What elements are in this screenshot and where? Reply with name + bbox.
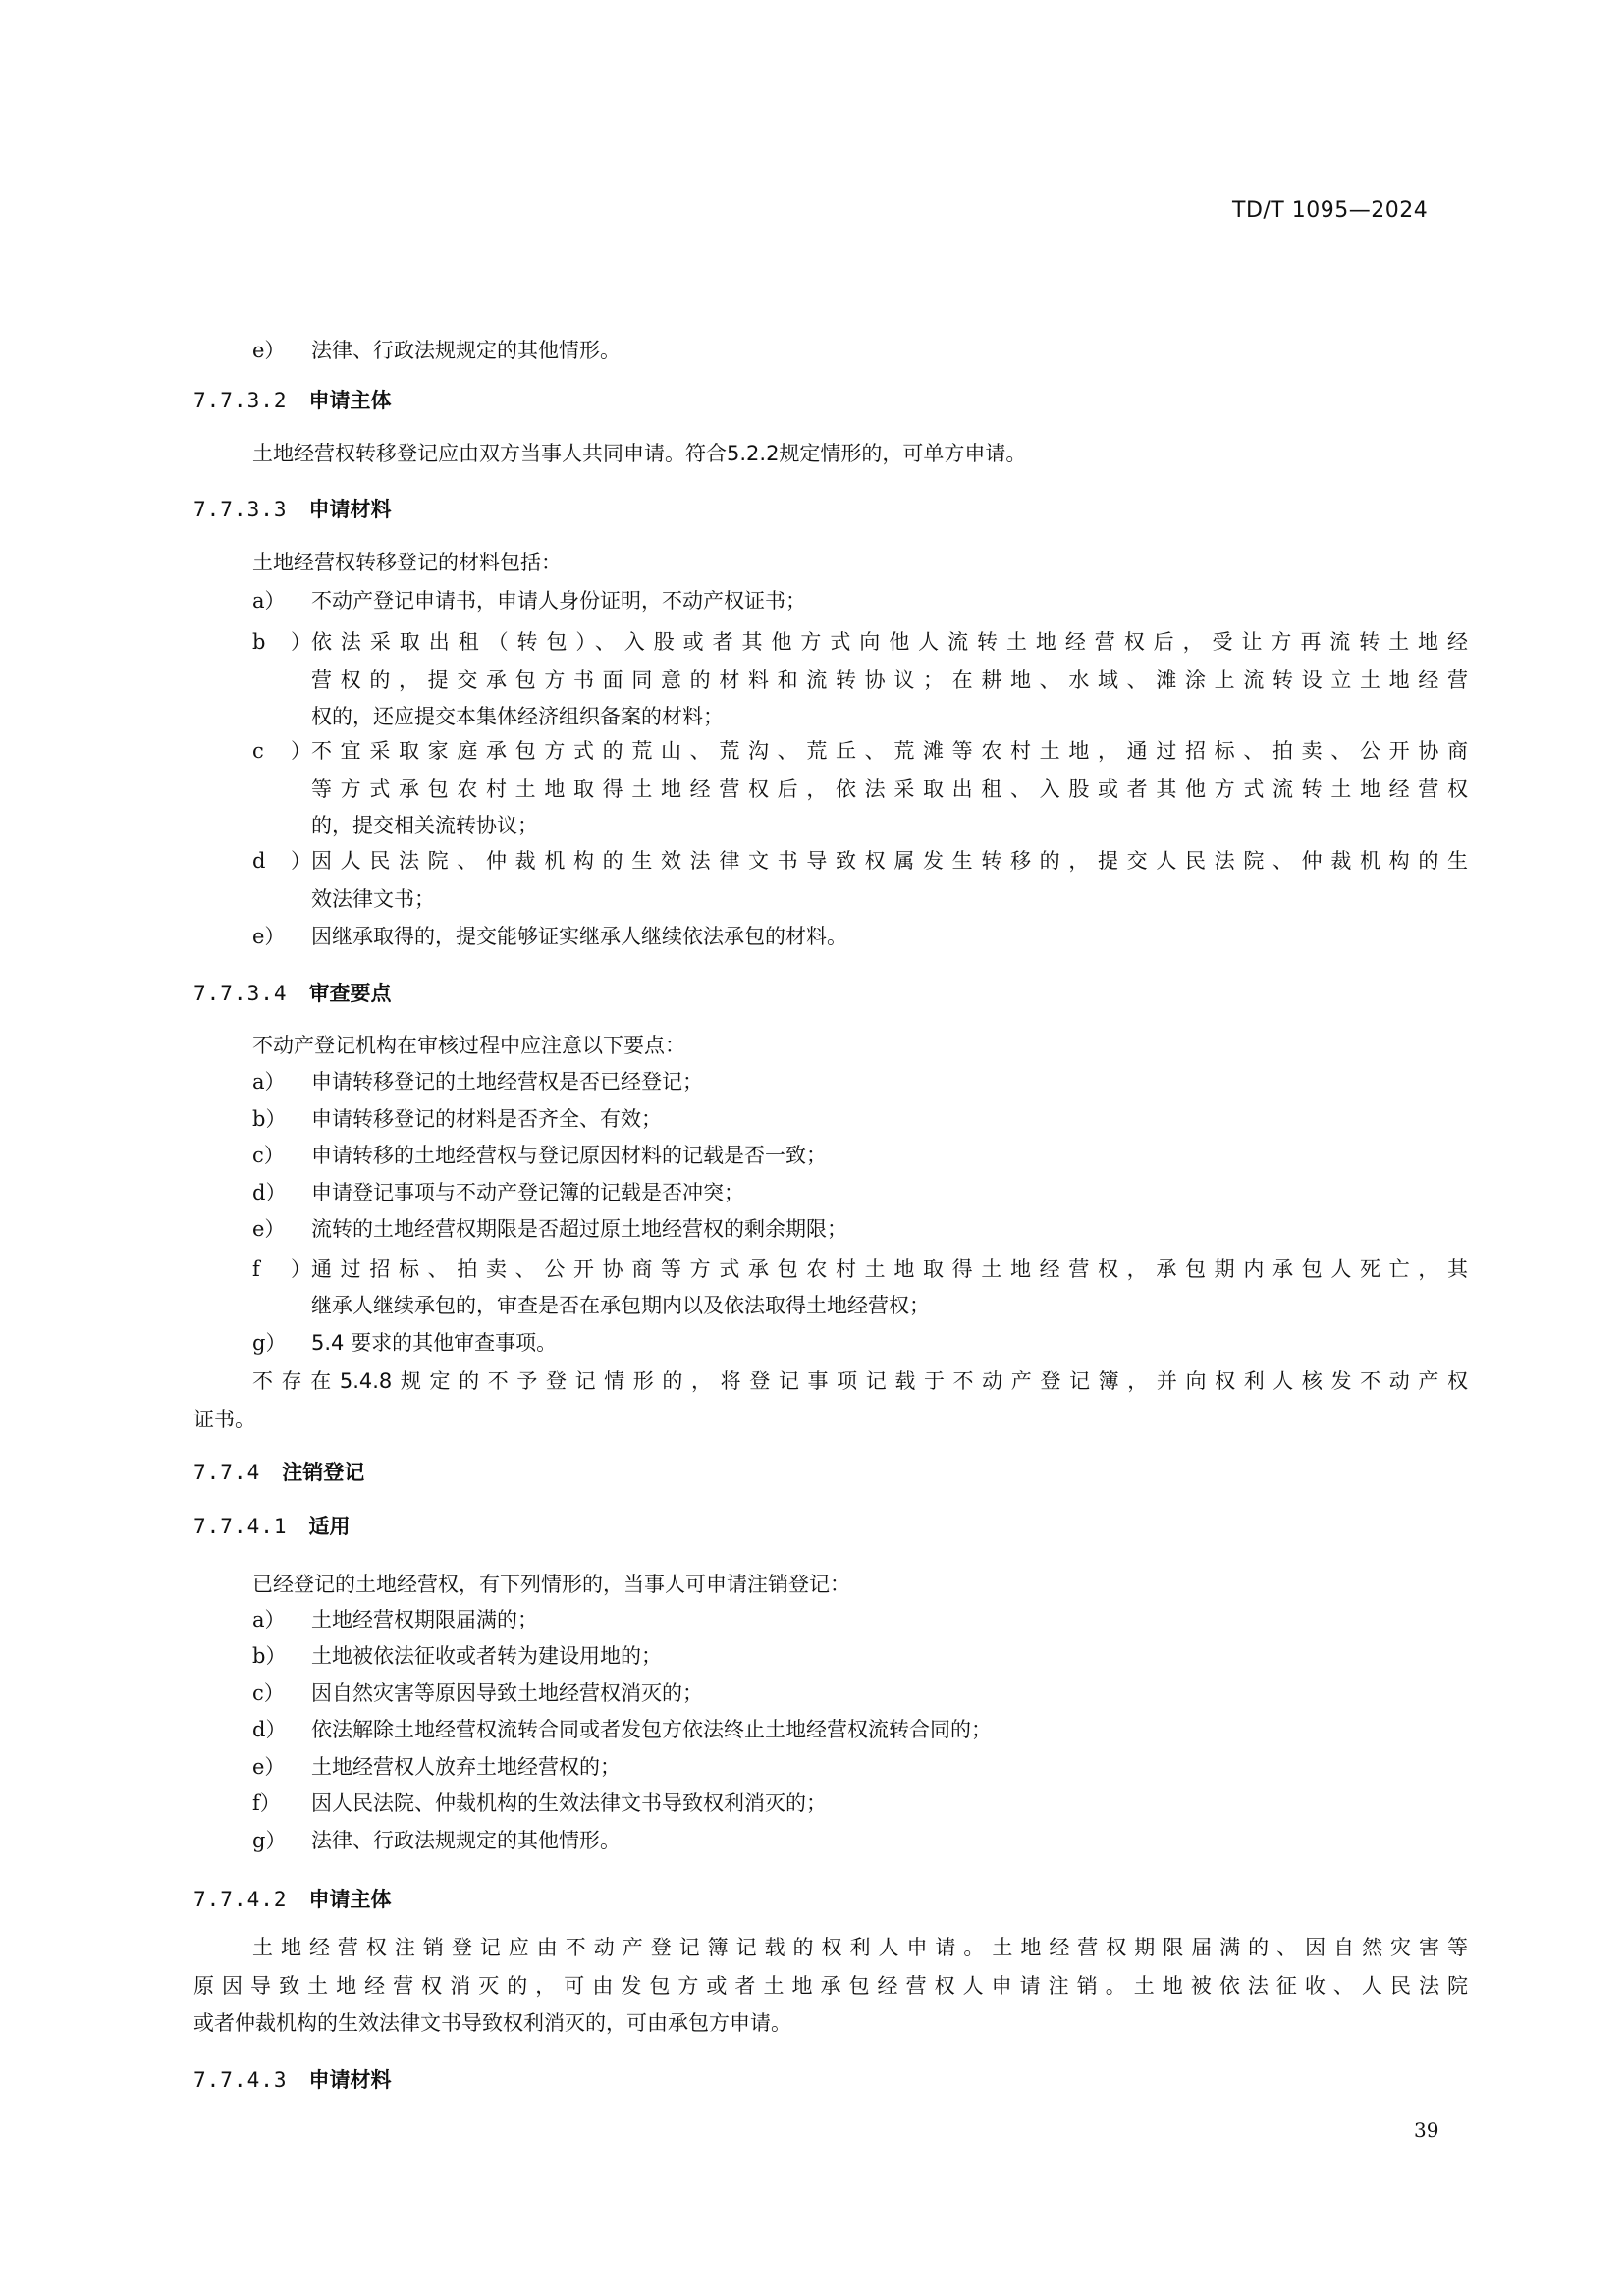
list-text: 依法采取出租（转包）、入股或者其他方式向他人流转土地经营权后，受让方再流转土地经: [311, 627, 1468, 657]
list-text: 申请转移登记的土地经营权是否已经登记；: [311, 1070, 703, 1094]
list-label: e）: [252, 336, 311, 365]
section-title: 审查要点: [309, 982, 392, 1005]
list-text: 申请转移登记的材料是否齐全、有效；: [311, 1107, 662, 1131]
list-item: e）因继承取得的，提交能够证实继承人继续依法承包的材料。: [252, 922, 1468, 951]
list-label: c）: [252, 736, 311, 766]
list-text: 不宜采取家庭承包方式的荒山、荒沟、荒丘、荒滩等农村土地，通过招标、拍卖、公开协商: [311, 736, 1468, 766]
list-text: 依法解除土地经营权流转合同或者发包方依法终止土地经营权流转合同的；: [311, 1718, 992, 1741]
list-item-continuation: 营权的，提交承包方书面同意的材料和流转协议；在耕地、水域、滩涂上流转设立土地经营: [311, 666, 1468, 695]
paragraph: 土地经营权转移登记应由双方当事人共同申请。符合5.2.2规定情形的，可单方申请。: [252, 439, 1468, 468]
list-label: e）: [252, 1752, 311, 1782]
paragraph: 不存在5.4.8规定的不予登记情形的，将登记事项记载于不动产登记簿，并向权利人核…: [252, 1366, 1468, 1396]
list-label: a）: [252, 1605, 311, 1634]
section-heading: 7.7.4.2申请主体: [193, 1885, 392, 1914]
list-text: 5.4 要求的其他审查事项。: [311, 1331, 557, 1355]
list-item-continuation: 继承人继续承包的，审查是否在承包期内以及依法取得土地经营权；: [311, 1291, 1468, 1320]
page-number: 39: [1414, 2118, 1438, 2142]
paragraph-continuation: 或者仲裁机构的生效法律文书导致权利消灭的，可由承包方申请。: [193, 2008, 1468, 2038]
list-text: 土地经营权期限届满的；: [311, 1608, 538, 1631]
list-label: b）: [252, 627, 311, 657]
list-item: e）法律、行政法规规定的其他情形。: [252, 336, 1468, 365]
list-text: 不动产登记申请书，申请人身份证明，不动产权证书；: [311, 589, 806, 613]
list-item: a）土地经营权期限届满的；: [252, 1605, 1468, 1634]
list-label: c）: [252, 1679, 311, 1708]
section-number: 7.7.3.4: [193, 982, 288, 1005]
list-text: 因人民法院、仲裁机构的生效法律文书导致权利消灭的；: [311, 1791, 827, 1815]
section-heading: 7.7.3.4审查要点: [193, 979, 392, 1008]
list-item-continuation: 权的，还应提交本集体经济组织备案的材料；: [311, 702, 1468, 731]
list-item: e）土地经营权人放弃土地经营权的；: [252, 1752, 1468, 1782]
list-text: 流转的土地经营权期限是否超过原土地经营权的剩余期限；: [311, 1217, 847, 1241]
list-item: e）流转的土地经营权期限是否超过原土地经营权的剩余期限；: [252, 1214, 1468, 1244]
list-label: g）: [252, 1328, 311, 1358]
section-title: 申请主体: [309, 389, 392, 412]
list-item: b）土地被依法征收或者转为建设用地的；: [252, 1641, 1468, 1671]
section-number: 7.7.4: [193, 1461, 260, 1484]
list-item: b）依法采取出租（转包）、入股或者其他方式向他人流转土地经营权后，受让方再流转土…: [252, 627, 1468, 657]
list-label: a）: [252, 586, 311, 615]
list-item: a）不动产登记申请书，申请人身份证明，不动产权证书；: [252, 586, 1468, 615]
list-item: g）5.4 要求的其他审查事项。: [252, 1328, 1468, 1358]
list-label: a）: [252, 1067, 311, 1096]
list-label: g）: [252, 1826, 311, 1855]
list-label: b）: [252, 1104, 311, 1134]
list-item: a）申请转移登记的土地经营权是否已经登记；: [252, 1067, 1468, 1096]
list-label: f）: [252, 1789, 311, 1818]
section-title: 申请材料: [309, 498, 392, 521]
list-item-continuation: 效法律文书；: [311, 884, 1468, 914]
list-item: b）申请转移登记的材料是否齐全、有效；: [252, 1104, 1468, 1134]
list-text: 因人民法院、仲裁机构的生效法律文书导致权属发生转移的，提交人民法院、仲裁机构的生: [311, 846, 1468, 876]
section-title: 注销登记: [282, 1461, 364, 1484]
section-heading: 7.7.3.3申请材料: [193, 495, 392, 524]
list-text: 土地被依法征收或者转为建设用地的；: [311, 1644, 662, 1668]
section-title: 申请主体: [309, 1888, 392, 1911]
section-number: 7.7.3.2: [193, 389, 288, 412]
list-item: c）因自然灾害等原因导致土地经营权消灭的；: [252, 1679, 1468, 1708]
section-number: 7.7.4.2: [193, 1888, 288, 1911]
list-item: f）因人民法院、仲裁机构的生效法律文书导致权利消灭的；: [252, 1789, 1468, 1818]
list-label: e）: [252, 1214, 311, 1244]
list-item-continuation: 的，提交相关流转协议；: [311, 811, 1468, 840]
list-item: g）法律、行政法规规定的其他情形。: [252, 1826, 1468, 1855]
section-heading: 7.7.4.1适用: [193, 1512, 351, 1541]
paragraph-continuation: 证书。: [193, 1405, 1468, 1434]
list-item-continuation: 等方式承包农村土地取得土地经营权后，依法采取出租、入股或者其他方式流转土地经营权: [311, 774, 1468, 804]
section-number: 7.7.4.1: [193, 1515, 288, 1538]
section-heading: 7.7.4注销登记: [193, 1458, 364, 1487]
list-text: 因继承取得的，提交能够证实继承人继续依法承包的材料。: [311, 925, 847, 948]
paragraph: 土地经营权转移登记的材料包括：: [252, 548, 1468, 577]
list-text: 申请登记事项与不动产登记簿的记载是否冲突；: [311, 1181, 744, 1204]
list-text: 土地经营权人放弃土地经营权的；: [311, 1755, 621, 1779]
list-item: c）申请转移的土地经营权与登记原因材料的记载是否一致；: [252, 1141, 1468, 1170]
list-label: c）: [252, 1141, 311, 1170]
list-item: c）不宜采取家庭承包方式的荒山、荒沟、荒丘、荒滩等农村土地，通过招标、拍卖、公开…: [252, 736, 1468, 766]
list-item: d）因人民法院、仲裁机构的生效法律文书导致权属发生转移的，提交人民法院、仲裁机构…: [252, 846, 1468, 876]
list-text: 通过招标、拍卖、公开协商等方式承包农村土地取得土地经营权，承包期内承包人死亡，其: [311, 1255, 1468, 1284]
paragraph: 不动产登记机构在审核过程中应注意以下要点：: [252, 1031, 1468, 1060]
section-number: 7.7.4.3: [193, 2068, 288, 2092]
list-text: 因自然灾害等原因导致土地经营权消灭的；: [311, 1682, 703, 1705]
list-text: 法律、行政法规规定的其他情形。: [311, 1829, 621, 1852]
list-item: f）通过招标、拍卖、公开协商等方式承包农村土地取得土地经营权，承包期内承包人死亡…: [252, 1255, 1468, 1284]
section-heading: 7.7.4.3申请材料: [193, 2065, 392, 2095]
list-label: d）: [252, 846, 311, 876]
section-heading: 7.7.3.2申请主体: [193, 386, 392, 415]
paragraph: 土地经营权注销登记应由不动产登记簿记载的权利人申请。土地经营权期限届满的、因自然…: [252, 1933, 1468, 1962]
section-number: 7.7.3.3: [193, 498, 288, 521]
list-label: d）: [252, 1715, 311, 1744]
list-item: d）依法解除土地经营权流转合同或者发包方依法终止土地经营权流转合同的；: [252, 1715, 1468, 1744]
list-label: d）: [252, 1178, 311, 1207]
list-label: b）: [252, 1641, 311, 1671]
standard-code: TD/T 1095—2024: [1232, 198, 1428, 223]
list-text: 法律、行政法规规定的其他情形。: [311, 339, 621, 362]
section-title: 申请材料: [309, 2068, 392, 2092]
list-item: d）申请登记事项与不动产登记簿的记载是否冲突；: [252, 1178, 1468, 1207]
paragraph: 已经登记的土地经营权，有下列情形的，当事人可申请注销登记：: [252, 1570, 1468, 1599]
list-label: f）: [252, 1255, 311, 1284]
list-text: 申请转移的土地经营权与登记原因材料的记载是否一致；: [311, 1144, 827, 1167]
paragraph-continuation: 原因导致土地经营权消灭的，可由发包方或者土地承包经营权人申请注销。土地被依法征收…: [193, 1971, 1468, 2001]
section-title: 适用: [309, 1515, 351, 1538]
list-label: e）: [252, 922, 311, 951]
